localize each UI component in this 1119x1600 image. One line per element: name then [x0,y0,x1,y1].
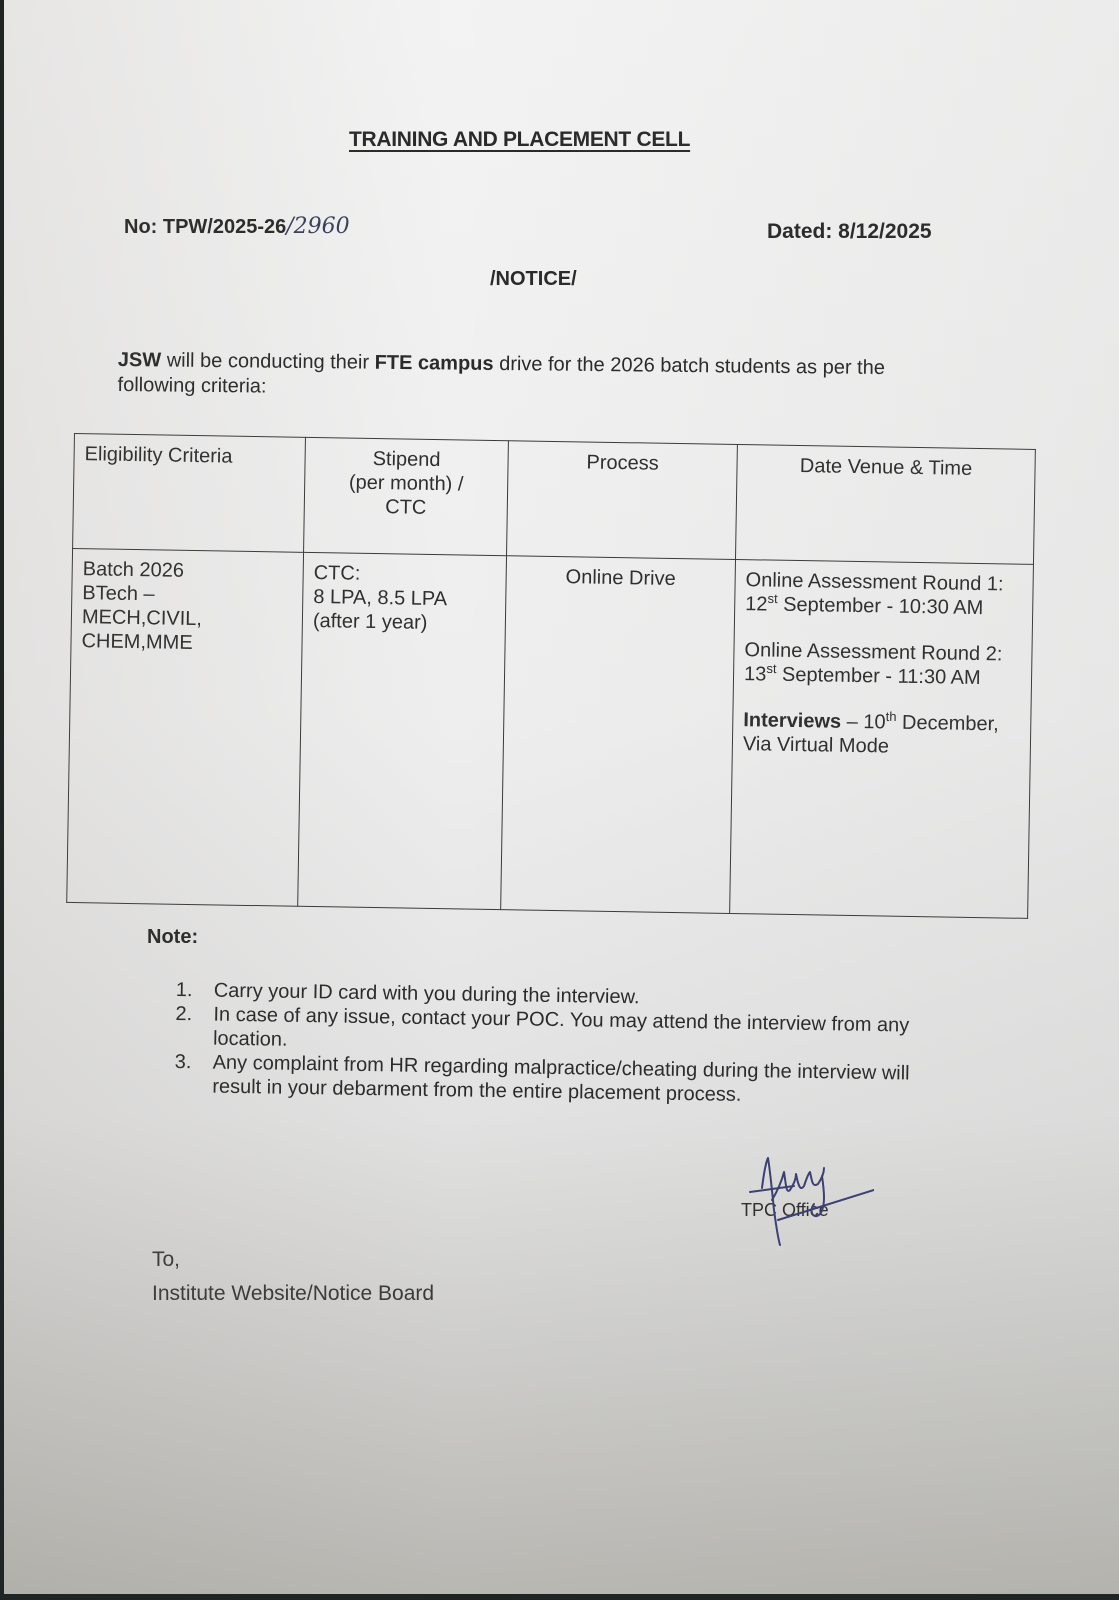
round-1-datetime: 12st September - 10:30 AM [745,592,1022,621]
recipient-value: Institute Website/Notice Board [152,1282,434,1306]
notice-label: /NOTICE/ [490,268,577,291]
interview-month: December, [896,712,999,736]
recipient-label: To, [152,1248,180,1272]
note-label: Note: [147,926,198,949]
round-2-day: 13 [744,663,767,685]
document-date: Dated: 8/12/2025 [767,220,932,244]
column-header-stipend: Stipend (per month) / CTC [304,437,509,555]
notes-list: 1.Carry your ID card with you during the… [174,978,956,1110]
reference-handwritten-number: /2960 [286,214,349,239]
note-number: 1. [176,978,193,1002]
note-number: 2. [175,1002,192,1026]
column-header-process: Process [507,441,738,560]
table-header-row: Eligibility Criteria Stipend (per month)… [73,434,1036,565]
schedule-round-1: Online Assessment Round 1: 12st Septembe… [745,568,1023,621]
company-name: JSW [118,349,162,371]
reference-prefix: No: TPW/2025-26 [124,216,286,238]
schedule-round-2: Online Assessment Round 2: 13st Septembe… [744,638,1022,691]
notice-document: TRAINING AND PLACEMENT CELL No: TPW/2025… [4,0,1119,1594]
round-1-day: 12 [745,593,768,615]
cell-eligibility: Batch 2026 BTech – MECH,CIVIL, CHEM,MME [67,548,304,906]
round-1-time: September - 10:30 AM [777,594,983,619]
round-2-datetime: 13st September - 11:30 AM [744,662,1021,691]
note-number: 3. [174,1050,191,1074]
cell-ctc: CTC: 8 LPA, 8.5 LPA (after 1 year) [298,552,507,909]
intro-text-1: will be conducting their [161,349,375,373]
table-row: Batch 2026 BTech – MECH,CIVIL, CHEM,MME … [67,548,1034,918]
reference-number: No: TPW/2025-26/2960 [124,214,350,239]
signature-icon [734,1150,874,1250]
criteria-table-container: Eligibility Criteria Stipend (per month)… [66,433,1036,919]
intro-paragraph: JSW will be conducting their FTE campus … [117,348,947,407]
column-header-date-venue-time: Date Venue & Time [735,445,1035,565]
drive-type: FTE campus [375,352,494,375]
interview-day: – 10 [841,711,886,734]
document-heading: TRAINING AND PLACEMENT CELL [349,128,690,152]
cell-process: Online Drive [501,556,736,914]
column-header-eligibility: Eligibility Criteria [73,434,306,553]
criteria-table: Eligibility Criteria Stipend (per month)… [66,433,1036,919]
interview-day-suffix: th [886,709,897,724]
interview-label: Interviews [743,709,841,733]
round-2-time: September - 11:30 AM [776,664,981,689]
cell-schedule: Online Assessment Round 1: 12st Septembe… [730,559,1034,918]
interview-mode: Via Virtual Mode [743,732,1020,761]
schedule-interview: Interviews – 10th December, Via Virtual … [743,708,1021,761]
note-text: Any complaint from HR regarding malpract… [212,1052,910,1106]
